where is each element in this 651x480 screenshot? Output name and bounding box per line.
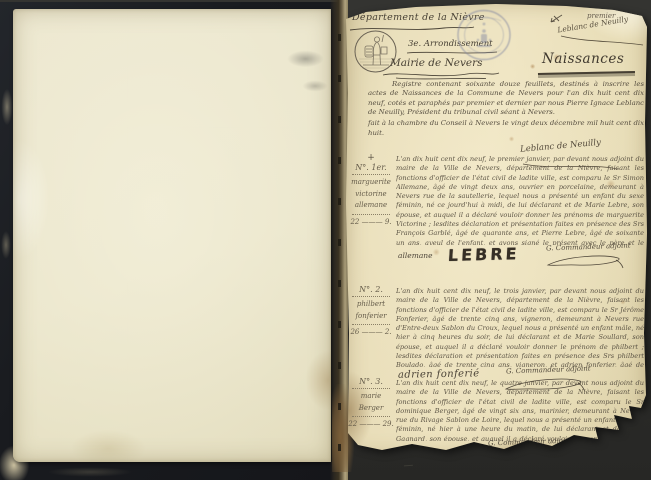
- entry-2-margin: N°. 2. philbert fonferier 26 ——— 2.: [348, 285, 394, 336]
- official-paraph-flourish: [486, 448, 576, 466]
- entry-3-margin-ref: 22 ——— 29.: [348, 420, 394, 428]
- birth-act-entry-3: N°. 3. marie Berger 22 ——— 29. L'an dix …: [346, 377, 647, 457]
- margin-separator: [352, 214, 390, 215]
- register-right-page: Département de la Nièvre: [346, 3, 647, 456]
- father-signature: allemane: [398, 251, 433, 260]
- entry-2-number: N°. 2.: [348, 285, 394, 294]
- mairie-underline-flourish: [382, 71, 500, 80]
- official-signature: G. Commandeur adjoint: [506, 365, 591, 376]
- entry-2-margin-name: fonferier: [348, 311, 394, 323]
- entry-1-margin-name: victorine: [348, 189, 394, 201]
- entry-1-number: N°. 1er.: [348, 163, 394, 172]
- cross-mark-icon: +: [348, 153, 394, 163]
- mairie-round-stamp-icon: [455, 9, 513, 62]
- witness-signature: françois Louis: [416, 447, 493, 461]
- preamble-fait-line: fait à la chambre du Conseil à Nevers le…: [368, 119, 644, 138]
- leblanc-signature: Leblanc de Neuilly: [520, 135, 630, 155]
- entry-1-margin-name: marguerite: [348, 177, 394, 189]
- margin-separator: [352, 324, 390, 325]
- scanned-register-view: Département de la Nièvre: [0, 0, 651, 480]
- entry-3-act-text: L'an dix huit cent dix neuf, le quatre j…: [396, 379, 644, 441]
- blank-left-page: [13, 9, 331, 462]
- preamble-text: Registre contenant soixante douze feuill…: [368, 80, 644, 117]
- book-binding-gutter: [330, 0, 348, 480]
- entry-2-act-text: L'an dix huit cent dix neuf, le trois ja…: [396, 287, 644, 367]
- entry-2-margin-ref: 26 ——— 2.: [348, 328, 394, 336]
- entry-1-margin-ref: 22 ——— 9.: [348, 218, 394, 226]
- margin-separator: [352, 174, 390, 175]
- margin-separator: [352, 388, 390, 389]
- arrow-annotation-icon: [549, 14, 563, 24]
- lebre-bold-signature: LEBRE: [447, 244, 520, 265]
- birth-act-entry-1: + N°. 1er. marguerite victorine allemane…: [346, 153, 647, 273]
- official-signature: G. Commandeur adjoint: [546, 242, 631, 253]
- entry-3-number: N°. 3.: [348, 377, 394, 386]
- entry-1-margin-name: allemane: [348, 200, 394, 212]
- official-signature: G. Commandeur adjoint: [488, 437, 573, 448]
- register-preamble: Registre contenant soixante douze feuill…: [368, 80, 644, 150]
- entry-3-margin-name: marie: [348, 391, 394, 403]
- margin-separator: [352, 296, 390, 297]
- stray-ink-mark: [404, 465, 413, 470]
- top-signature-flourish: [560, 32, 644, 46]
- official-paraph-flourish: [546, 253, 624, 269]
- page-title-naissances: Naissances: [542, 51, 624, 67]
- entry-3-margin: N°. 3. marie Berger 22 ——— 29.: [348, 377, 394, 428]
- entry-1-margin: + N°. 1er. marguerite victorine allemane…: [348, 153, 394, 226]
- entry-1-act-text: L'an dix huit cent dix neuf, le premier …: [396, 155, 644, 245]
- title-underline: [538, 71, 635, 78]
- entry-2-margin-name: philbert: [348, 299, 394, 311]
- margin-separator: [352, 416, 390, 417]
- entry-3-margin-name: Berger: [348, 403, 394, 415]
